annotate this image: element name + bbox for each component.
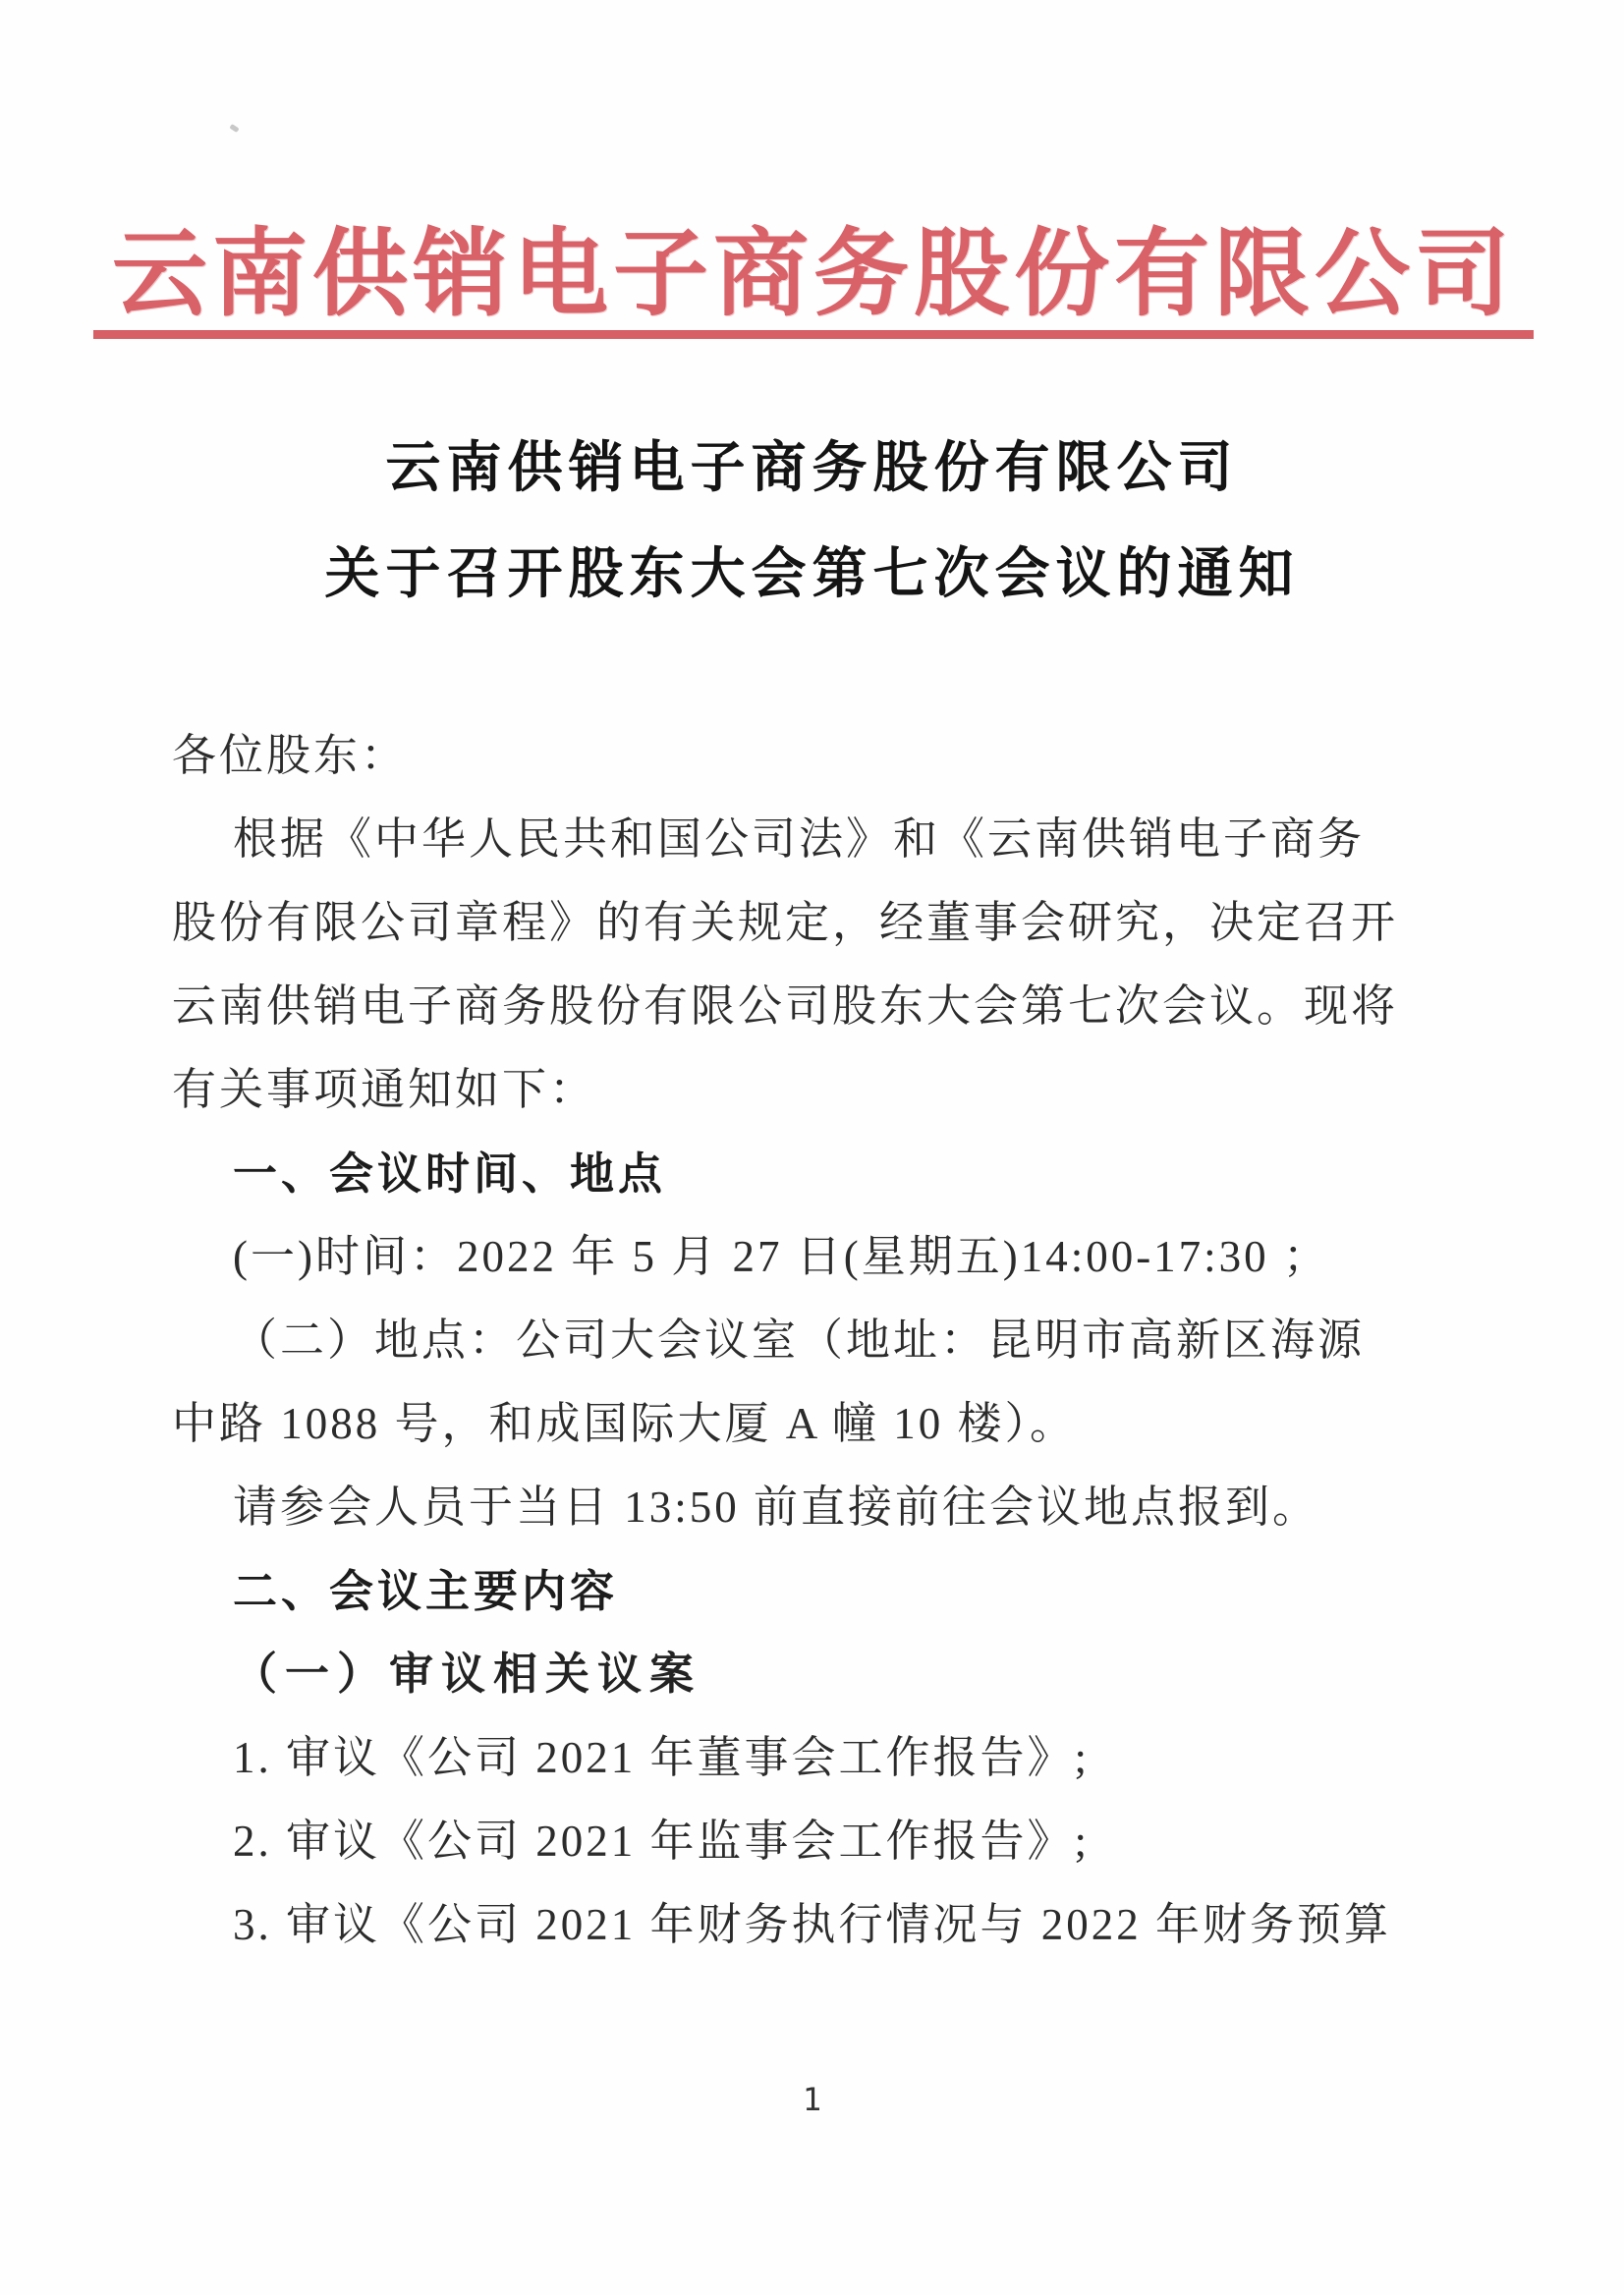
agenda-item-1: 1. 审议《公司 2021 年董事会工作报告》; bbox=[172, 1716, 1467, 1800]
body-line: 根据《中华人民共和国公司法》和《云南供销电子商务 bbox=[172, 798, 1467, 881]
body-line-salutation: 各位股东： bbox=[172, 714, 1467, 798]
body-line: 中路 1088 号，和成国际大厦 A 幢 10 楼）。 bbox=[172, 1382, 1467, 1466]
document-page: 云南供销电子商务股份有限公司 云南供销电子商务股份有限公司 关于召开股东大会第七… bbox=[0, 0, 1624, 2295]
scan-speckle bbox=[229, 124, 239, 133]
document-title: 云南供销电子商务股份有限公司 关于召开股东大会第七次会议的通知 bbox=[0, 416, 1624, 628]
section-heading-1: 一、会议时间、地点 bbox=[172, 1132, 1467, 1215]
document-title-line1: 云南供销电子商务股份有限公司 bbox=[0, 416, 1624, 522]
body-line: 请参会人员于当日 13:50 前直接前往会议地点报到。 bbox=[172, 1466, 1467, 1549]
body-line: 云南供销电子商务股份有限公司股东大会第七次会议。现将 bbox=[172, 965, 1467, 1048]
body-line-meeting-place: （二）地点：公司大会议室（地址：昆明市高新区海源 bbox=[172, 1299, 1467, 1382]
agenda-item-2: 2. 审议《公司 2021 年监事会工作报告》; bbox=[172, 1800, 1467, 1883]
document-title-line2: 关于召开股东大会第七次会议的通知 bbox=[0, 522, 1624, 628]
company-letterhead: 云南供销电子商务股份有限公司 bbox=[93, 224, 1534, 339]
page-number: 1 bbox=[0, 2081, 1624, 2118]
agenda-item-3: 3. 审议《公司 2021 年财务执行情况与 2022 年财务预算 bbox=[172, 1883, 1467, 1967]
subsection-heading: （一）审议相关议案 bbox=[172, 1633, 1467, 1716]
document-body: 各位股东： 根据《中华人民共和国公司法》和《云南供销电子商务 股份有限公司章程》… bbox=[172, 714, 1467, 1967]
section-heading-2: 二、会议主要内容 bbox=[172, 1549, 1467, 1633]
body-line: 有关事项通知如下： bbox=[172, 1048, 1467, 1132]
body-line: 股份有限公司章程》的有关规定，经董事会研究，决定召开 bbox=[172, 881, 1467, 965]
body-line-meeting-time: (一)时间：2022 年 5 月 27 日(星期五)14:00-17:30 ； bbox=[172, 1215, 1467, 1299]
